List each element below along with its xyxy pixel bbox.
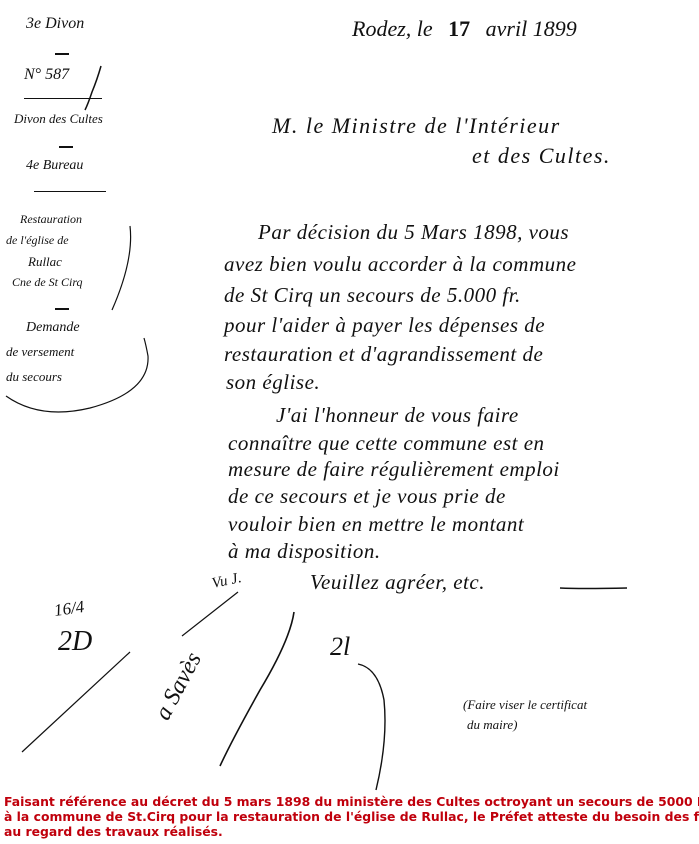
margin-division: 3e Divon xyxy=(26,16,84,32)
margin-request-line: Demande xyxy=(26,321,80,335)
caption-line: au regard des travaux réalisés. xyxy=(4,824,699,839)
body-line: de ce secours et je vous prie de xyxy=(228,486,506,507)
caption-line: Faisant référence au décret du 5 mars 18… xyxy=(4,794,699,809)
day: 17 xyxy=(448,16,470,41)
body-line: connaître que cette commune est en xyxy=(228,433,545,454)
scanned-letter: Rodez, le 17 avril 1899 3e Divon N° 587 … xyxy=(0,0,699,844)
body-line: à ma disposition. xyxy=(228,541,381,562)
divider xyxy=(24,98,102,99)
body-line: son église. xyxy=(226,372,320,393)
place-date: Rodez, le 17 avril 1899 xyxy=(352,18,577,40)
margin-request-line: de versement xyxy=(6,345,74,358)
place: Rodez, le xyxy=(352,16,433,41)
body-line: Par décision du 5 Mars 1898, vous xyxy=(258,222,569,243)
divider xyxy=(55,308,69,310)
body-line: mesure de faire régulièrement emploi xyxy=(228,459,560,480)
divider xyxy=(59,146,73,148)
caption-line: à la commune de St.Cirq pour la restaura… xyxy=(4,809,699,824)
margin-subject-line: Restauration xyxy=(20,213,82,225)
margin-request-line: du secours xyxy=(6,370,62,383)
annotation-vu: Vu J. xyxy=(211,571,243,592)
body-line: de St Cirq un secours de 5.000 fr. xyxy=(224,285,521,306)
body-line: J'ai l'honneur de vous faire xyxy=(276,405,519,426)
addressee-line-1: M. le Ministre de l'Intérieur xyxy=(272,115,561,137)
annotation-initials-right: 2l xyxy=(330,634,350,660)
margin-bureau: 4e Bureau xyxy=(26,159,83,173)
body-line: vouloir bien en mettre le montant xyxy=(228,514,524,535)
annotation-initials-left: 2D xyxy=(58,628,92,656)
margin-direction: Divon des Cultes xyxy=(14,112,103,125)
annotation-note-line: (Faire viser le certificat xyxy=(463,698,587,711)
caption: Faisant référence au décret du 5 mars 18… xyxy=(4,794,699,839)
addressee-line-2: et des Cultes. xyxy=(472,145,611,167)
margin-subject-line: de l'église de xyxy=(6,234,69,246)
margin-subject-line: Rullac xyxy=(28,255,62,268)
divider xyxy=(55,53,69,55)
annotation-signature: a Savès xyxy=(151,649,206,724)
body-line: restauration et d'agrandissement de xyxy=(224,344,543,365)
body-line: avez bien voulu accorder à la commune xyxy=(224,254,576,275)
annotation-date-mark: 16/4 xyxy=(53,598,85,619)
closing-formula: Veuillez agréer, etc. xyxy=(310,572,485,593)
margin-number: N° 587 xyxy=(24,67,69,83)
divider xyxy=(34,191,106,192)
annotation-note-line: du maire) xyxy=(467,718,517,731)
month-year: avril 1899 xyxy=(486,16,577,41)
body-line: pour l'aider à payer les dépenses de xyxy=(224,315,545,336)
margin-subject-line: Cne de St Cirq xyxy=(12,276,83,288)
